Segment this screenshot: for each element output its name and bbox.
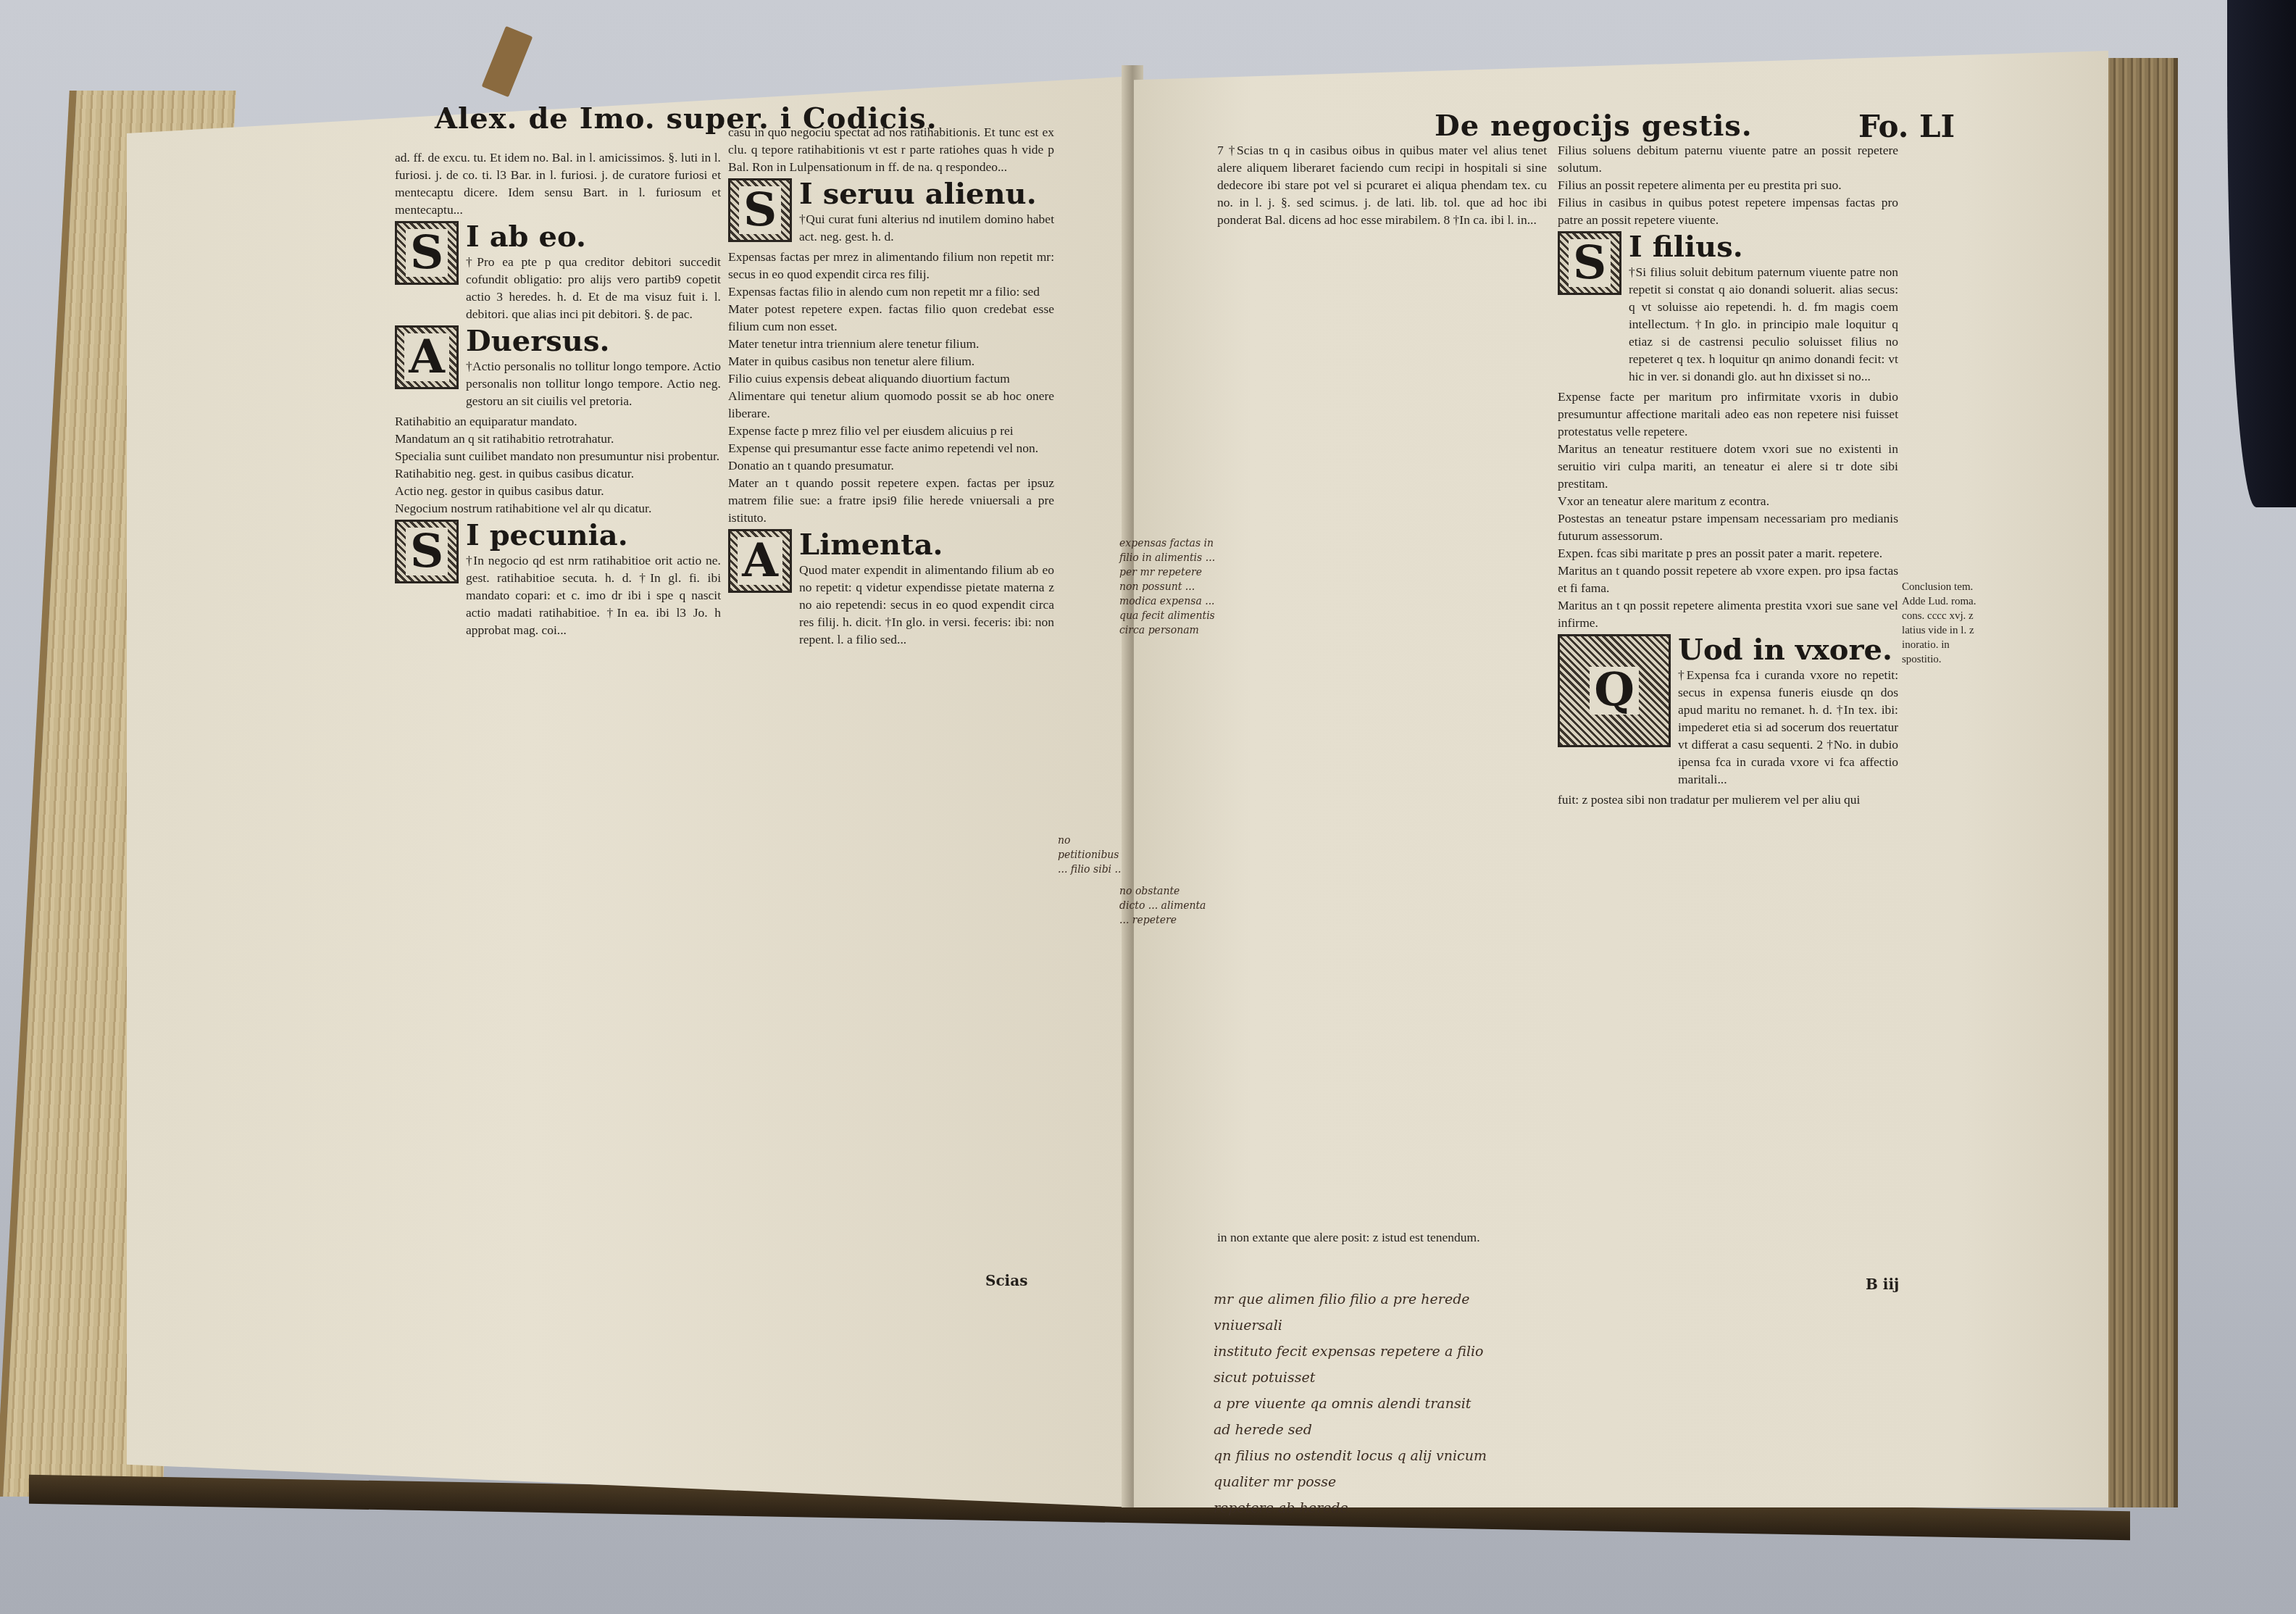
lemma-title: I ab eo. <box>466 221 721 253</box>
handwritten-line: qn filius no ostendit locus q alij vnicu… <box>1214 1443 1489 1495</box>
summary-item: Expense facte per maritum pro infirmitat… <box>1558 388 1898 440</box>
lemma-block: S I pecunia. †In negocio qd est nrm rati… <box>395 520 721 638</box>
woodcut-initial: S <box>395 221 459 285</box>
summary-item: Expense qui presumantur esse facte animo… <box>728 439 1054 457</box>
lemma-block: S I ab eo. †Pro ea pte p qua creditor de… <box>395 221 721 323</box>
summary-item: Filio cuius expensis debeat aliquando di… <box>728 370 1054 387</box>
summary-item: Ratihabitio neg. gest. in quibus casibus… <box>395 465 721 482</box>
summary-item: Maritus an teneatur restituere dotem vxo… <box>1558 440 1898 492</box>
summary-item: Mater an t quando possit repetere expen.… <box>728 474 1054 526</box>
lemma-block: A Duersus. †Actio personalis no tollitur… <box>395 325 721 409</box>
column-text: fuit: z postea sibi non tradatur per mul… <box>1558 791 1898 808</box>
signature-mark: B iij <box>1866 1276 1899 1293</box>
summary-item: Filius soluens debitum paternu viuente p… <box>1558 141 1898 176</box>
lemma-block: S I filius. †Si filius soluit debitum pa… <box>1558 231 1898 385</box>
lemma-text: †Expensa fca i curanda vxore no repetit:… <box>1678 666 1898 788</box>
summary-item: Ratihabitio an equiparatur mandato. <box>395 412 721 430</box>
summary-item: Donatio an t quando presumatur. <box>728 457 1054 474</box>
folio-number: Fo. LI <box>1858 109 1955 144</box>
summary-item: Filius in casibus in quibus potest repet… <box>1558 194 1898 228</box>
handwritten-line: repetere ab herede <box>1214 1495 1489 1521</box>
handwritten-annotation: mr que alimen filio filio a pre herede v… <box>1214 1286 1489 1521</box>
lemma-title: Uod in vxore. <box>1678 634 1898 666</box>
woodcut-initial: A <box>395 325 459 389</box>
summary-item: Vxor an teneatur alere maritum z econtra… <box>1558 492 1898 509</box>
lemma-text: †Si filius soluit debitum paternum viuen… <box>1629 263 1898 385</box>
summary-item: Maritus an t quando possit repetere ab v… <box>1558 562 1898 596</box>
bookmark-strip <box>482 26 533 97</box>
summary-item: Alimentare qui tenetur alium quomodo pos… <box>728 387 1054 422</box>
lemma-text: Quod mater expendit in alimentando filiu… <box>799 561 1054 648</box>
printed-side-note: Conclusion tem. Adde Lud. roma. cons. cc… <box>1902 580 1989 667</box>
summary-item: Expense facte p mrez filio vel per eiusd… <box>728 422 1054 439</box>
column-text: 7 †Scias tn q in casibus oibus in quibus… <box>1217 141 1547 228</box>
lemma-title: I seruu alienu. <box>799 178 1054 210</box>
summary-item: Specialia sunt cuilibet mandato non pres… <box>395 447 721 465</box>
column-text: in non extante que alere posit: z istud … <box>1217 1228 1547 1246</box>
lemma-block: A Limenta. Quod mater expendit in alimen… <box>728 529 1054 648</box>
summary-item: Expen. fcas sibi maritate p pres an poss… <box>1558 544 1898 562</box>
summary-item: Expensas factas filio in alendo cum non … <box>728 283 1054 300</box>
lemma-text: †Pro ea pte p qua creditor debitori succ… <box>466 253 721 323</box>
summary-item: Actio neg. gestor in quibus casibus datu… <box>395 482 721 499</box>
handwritten-line: instituto fecit expensas repetere a fili… <box>1214 1339 1489 1391</box>
summary-item: Mater tenetur intra triennium alere tene… <box>728 335 1054 352</box>
lemma-block: Q Uod in vxore. †Expensa fca i curanda v… <box>1558 634 1898 788</box>
summary-item: Mandatum an q sit ratihabitio retrotraha… <box>395 430 721 447</box>
lemma-text: †Qui curat funi alterius nd inutilem dom… <box>799 210 1054 245</box>
summary-item: Mater potest repetere expen. factas fili… <box>728 300 1054 335</box>
handwritten-line: a pre viuente qa omnis alendi transit ad… <box>1214 1391 1489 1443</box>
column-text: ad. ff. de excu. tu. Et idem no. Bal. in… <box>395 149 721 218</box>
handwritten-line: mr que alimen filio filio a pre herede v… <box>1214 1286 1489 1339</box>
left-page-column-1: ad. ff. de excu. tu. Et idem no. Bal. in… <box>395 149 721 1265</box>
handwritten-marginal-note: no obstante dicto ... alimenta ... repet… <box>1119 884 1206 928</box>
summary-item: Postestas an teneatur pstare impensam ne… <box>1558 509 1898 544</box>
summary-item: Negocium nostrum ratihabitione vel alr q… <box>395 499 721 517</box>
summary-item: Maritus an t qn possit repetere alimenta… <box>1558 596 1898 631</box>
lemma-title: Duersus. <box>466 325 721 357</box>
woodcut-initial: S <box>395 520 459 583</box>
open-book: Alex. de Imo. super. i Codicis. ad. ff. … <box>0 0 2296 1614</box>
lemma-title: Limenta. <box>799 529 1054 561</box>
summary-item: Filius an possit repetere alimenta per e… <box>1558 176 1898 194</box>
right-page-column-2: Filius soluens debitum paternu viuente p… <box>1558 141 1898 1272</box>
right-fore-edge <box>2101 58 2178 1507</box>
lemma-text: †Actio personalis no tollitur longo temp… <box>466 357 721 409</box>
right-page-column-1: 7 †Scias tn q in casibus oibus in quibus… <box>1217 141 1547 1272</box>
lemma-title: I filius. <box>1629 231 1898 263</box>
woodcut-initial: S <box>728 178 792 242</box>
left-page-column-2: casu in quo negociu spectat ad nos ratih… <box>728 123 1054 1268</box>
woodcut-initial: A <box>728 529 792 593</box>
summary-item: Expensas factas per mrez in alimentando … <box>728 248 1054 283</box>
woodcut-initial-flower: Q <box>1558 634 1671 747</box>
right-running-head: De negocijs gestis. <box>1435 109 1753 143</box>
handwritten-marginal-note: no petitionibus ... filio sibi ... <box>1058 833 1130 877</box>
woodcut-initial: S <box>1558 231 1621 295</box>
column-text: casu in quo negociu spectat ad nos ratih… <box>728 123 1054 175</box>
handwritten-marginal-note: expensas factas in filio in alimentis ..… <box>1119 536 1217 638</box>
summary-item: Mater in quibus casibus non tenetur aler… <box>728 352 1054 370</box>
lemma-title: I pecunia. <box>466 520 721 552</box>
lemma-block: S I seruu alienu. †Qui curat funi alteri… <box>728 178 1054 245</box>
catchword: Scias <box>985 1272 1027 1289</box>
lemma-text: †In negocio qd est nrm ratihabitioe orit… <box>466 552 721 638</box>
